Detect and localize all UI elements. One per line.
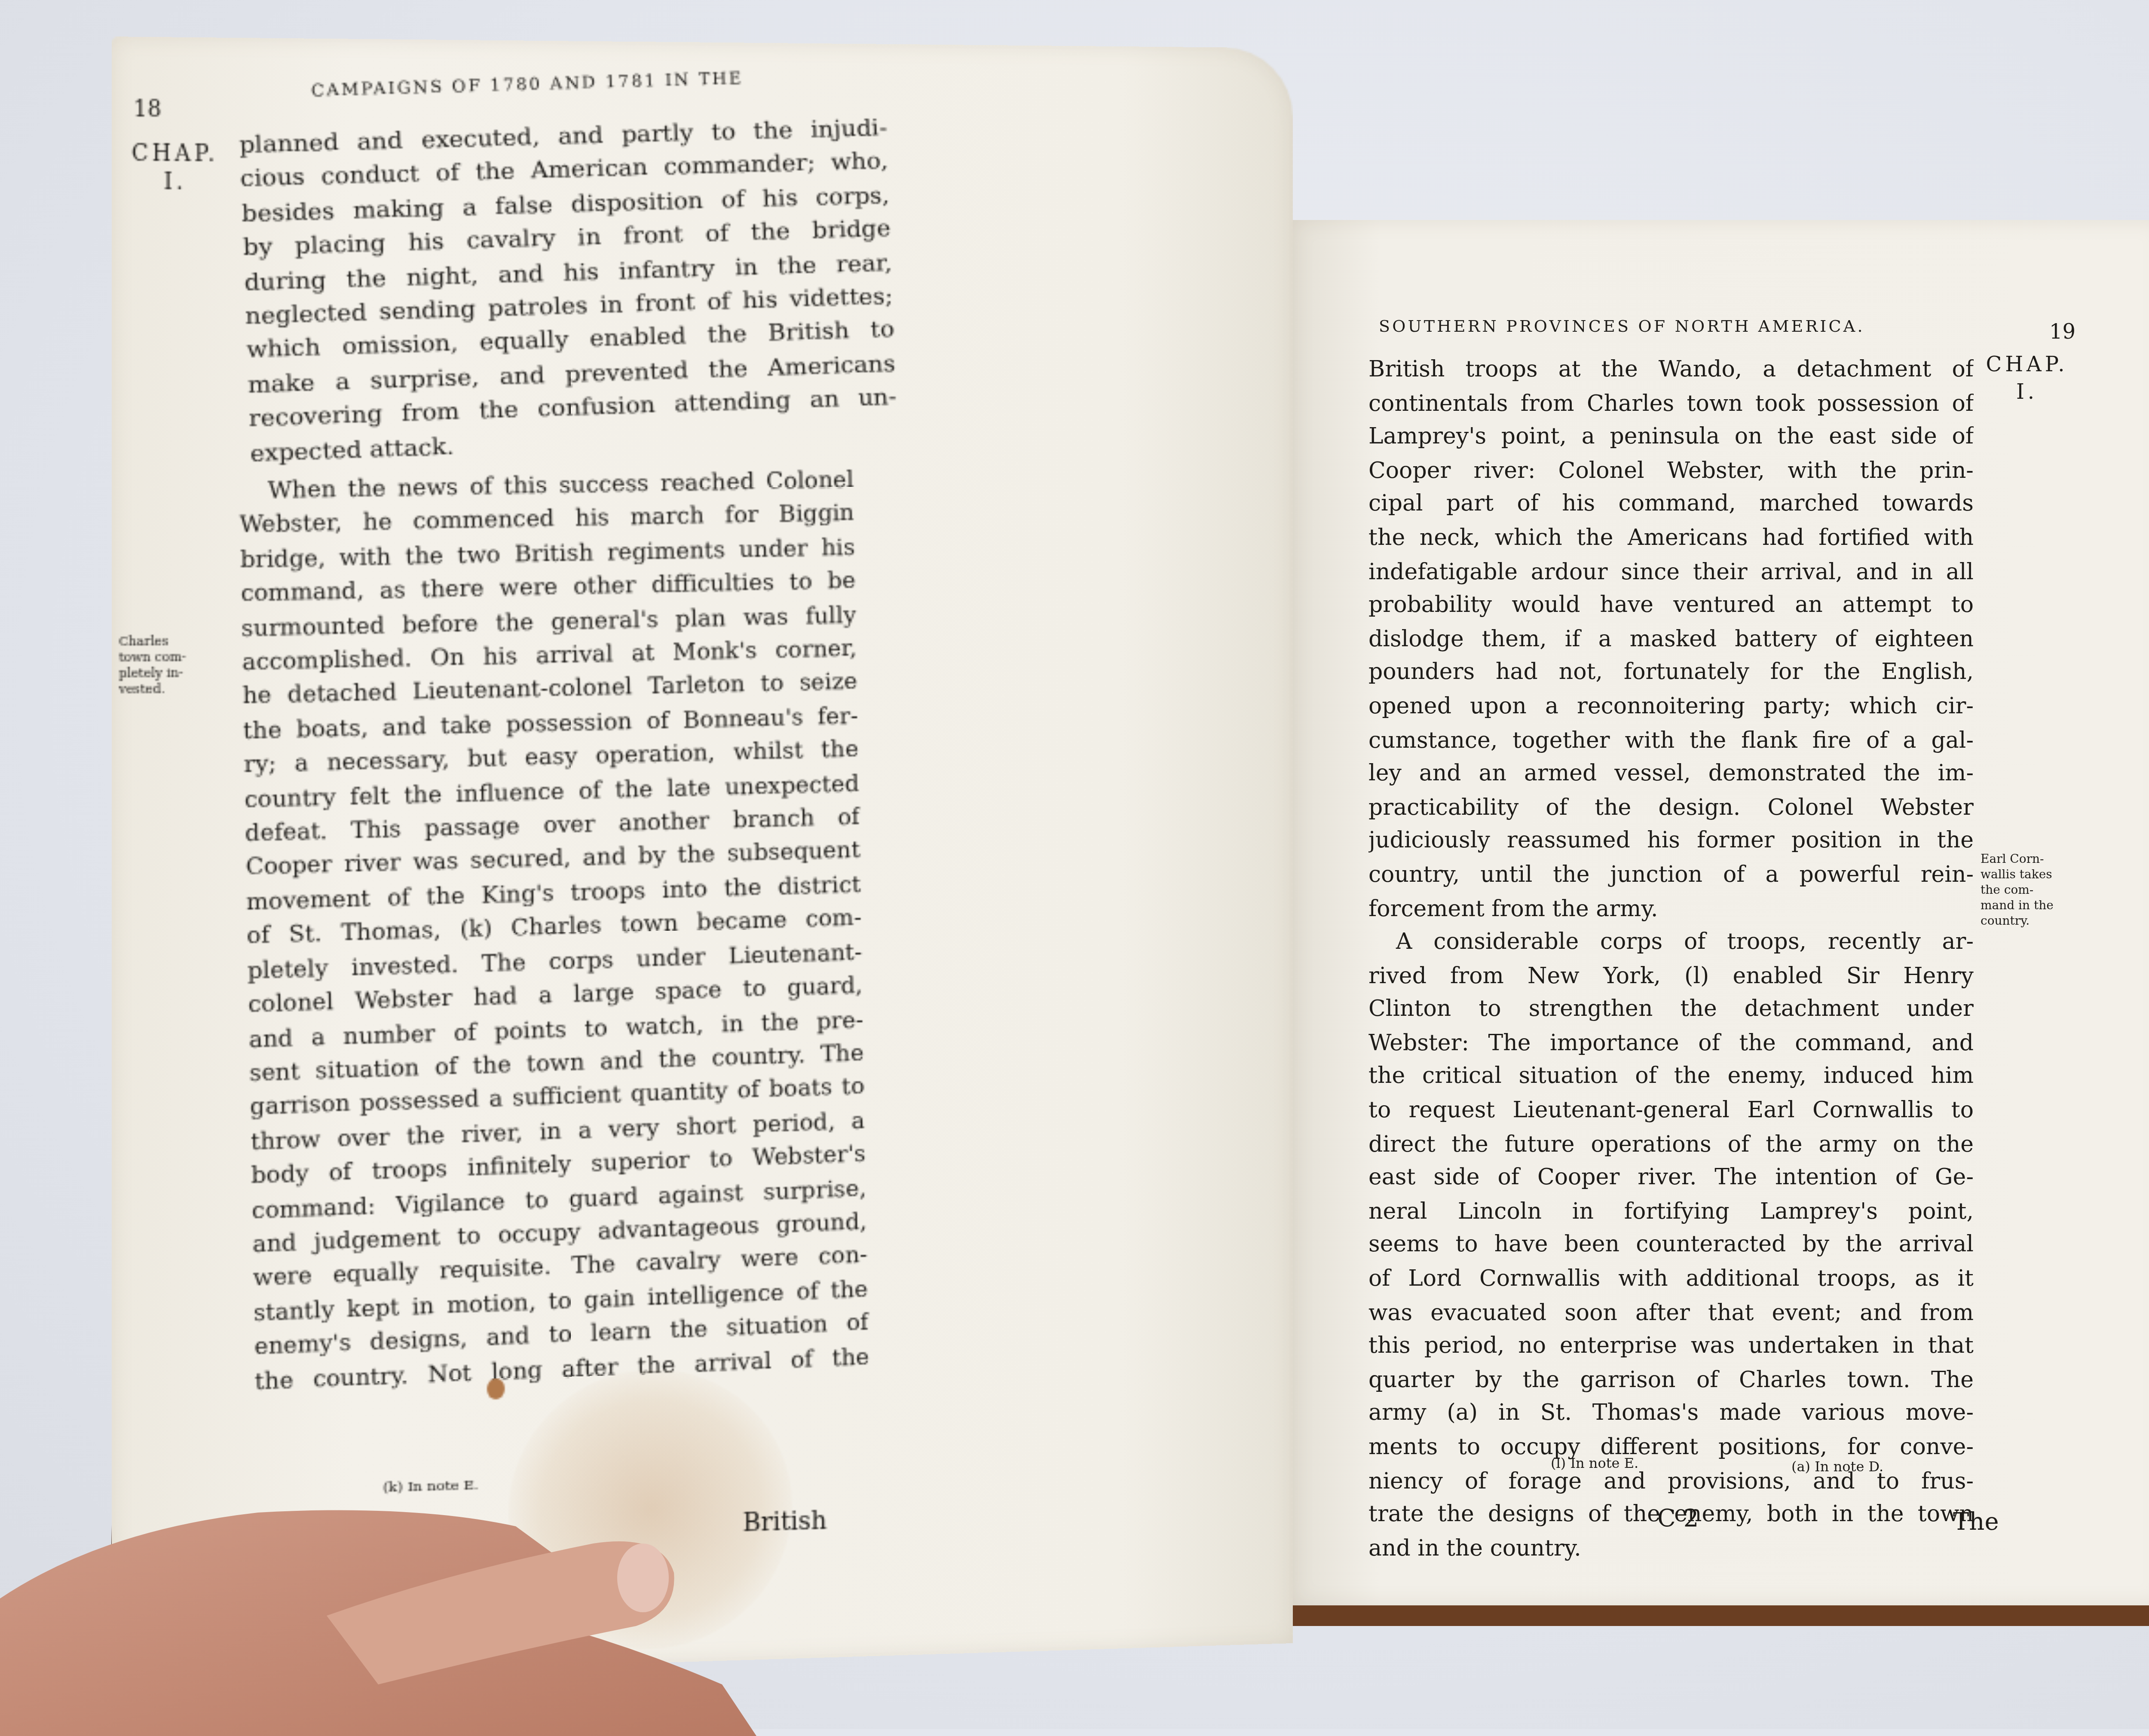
text-line: continentals from Charles town took poss… <box>1368 388 1974 421</box>
text-line: ley and an armed vessel, demonstrated th… <box>1368 758 1974 792</box>
text-line: neral Lincoln in fortifying Lamprey's po… <box>1368 1196 1974 1229</box>
marginal-note: Charles town com- pletely in- vested. <box>119 635 210 699</box>
text-line: and in the country. <box>1368 1533 1974 1566</box>
signature-mark: C 2 <box>1657 1506 1699 1533</box>
text-line: British troops at the Wando, a detachmen… <box>1368 354 1974 388</box>
text-line: dislodge them, if a masked battery of ei… <box>1368 623 1974 657</box>
text-line: rived from New York, (l) enabled Sir Hen… <box>1368 960 1974 994</box>
text-line: to request Lieutenant-general Earl Cornw… <box>1368 1095 1974 1128</box>
body-text: planned and executed, and partly to the … <box>239 113 898 472</box>
text-line: the critical situation of the enemy, ind… <box>1368 1061 1974 1095</box>
text-line: opened upon a reconnoitering party; whic… <box>1368 691 1974 724</box>
text-line: probability would have ventured an attem… <box>1368 590 1974 623</box>
chapter-label: CHAP. <box>1986 352 2068 376</box>
body-text-continued: When the news of this success reached Co… <box>239 465 869 1400</box>
chapter-heading: CHAP. I. <box>112 139 239 197</box>
text-line: the neck, which the Americans had fortif… <box>1368 523 1974 556</box>
text-line: army (a) in St. Thomas's made various mo… <box>1368 1398 1974 1432</box>
marginal-note: Earl Corn- wallis takes the com- mand in… <box>1981 853 2101 930</box>
chapter-heading: CHAP. I. <box>1967 351 2087 406</box>
foxing-spot <box>487 1378 505 1400</box>
text-line: Webster: The importance of the command, … <box>1368 1028 1974 1061</box>
text-line: direct the future operations of the army… <box>1368 1129 1974 1162</box>
chapter-number: I. <box>2016 380 2038 404</box>
running-head: CAMPAIGNS OF 1780 AND 1781 IN THE <box>311 70 744 101</box>
photo-scene: 18 CAMPAIGNS OF 1780 AND 1781 IN THE CHA… <box>0 0 2149 1729</box>
body-text: British troops at the Wando, a detachmen… <box>1368 354 1974 1567</box>
page-number: 18 <box>133 97 161 122</box>
footnote: (l) In note E. <box>1551 1456 1638 1471</box>
text-line: quarter by the garrison of Charles town.… <box>1368 1364 1974 1398</box>
text-line: Lamprey's point, a peninsula on the east… <box>1368 422 1974 455</box>
text-line: this period, no enterprise was undertake… <box>1368 1331 1974 1364</box>
text-line: forcement from the army. <box>1368 893 1974 926</box>
chapter-number: I. <box>164 170 187 195</box>
text-line: A considerable corps of troops, recently… <box>1368 926 1974 960</box>
text-line: cipal part of his command, marched towar… <box>1368 489 1974 523</box>
running-head: SOUTHERN PROVINCES OF NORTH AMERICA. <box>1379 318 1865 337</box>
catchword: The <box>1953 1509 1999 1537</box>
right-page: SOUTHERN PROVINCES OF NORTH AMERICA. 19 … <box>1293 220 2149 1605</box>
text-line: indefatigable ardour since their arrival… <box>1368 556 1974 590</box>
text-line: practicability of the design. Colonel We… <box>1368 792 1974 825</box>
text-line: Clinton to strengthen the detachment und… <box>1368 994 1974 1027</box>
text-line: pounders had not, fortunately for the En… <box>1368 657 1974 691</box>
text-line: seems to have been counteracted by the a… <box>1368 1230 1974 1263</box>
text-line: of Lord Cornwallis with additional troop… <box>1368 1263 1974 1297</box>
text-line: judiciously reassumed his former positio… <box>1368 825 1974 859</box>
text-line: Cooper river: Colonel Webster, with the … <box>1368 455 1974 489</box>
page-number: 19 <box>2049 320 2076 344</box>
hand-holding-book <box>0 1409 791 1729</box>
text-line: cumstance, together with the flank fire … <box>1368 724 1974 758</box>
text-line: country, until the junction of a powerfu… <box>1368 859 1974 893</box>
footnote: (a) In note D. <box>1791 1459 1883 1475</box>
text-line: was evacuated soon after that event; and… <box>1368 1297 1974 1331</box>
text-line: east side of Cooper river. The intention… <box>1368 1162 1974 1196</box>
chapter-label: CHAP. <box>132 141 219 167</box>
